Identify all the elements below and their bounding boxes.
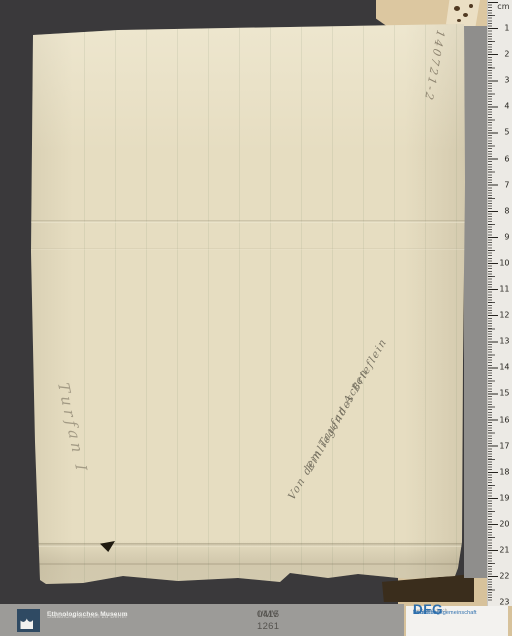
dfg-funding-box: Gefördert durch DFG Deutsche Forschungsg… xyxy=(406,606,508,636)
ruler-number: 19 xyxy=(499,493,509,502)
wave-logo-icon xyxy=(17,609,40,632)
ruler-number: 12 xyxy=(499,311,509,320)
ruler-number: 6 xyxy=(504,154,509,163)
ruler: cm 1234567891011121314151617181920212223 xyxy=(487,0,512,606)
ruler-number: 9 xyxy=(504,232,509,241)
fold-line xyxy=(28,543,466,547)
ruler-number: 18 xyxy=(499,467,509,476)
scan-stage: 140721-2 Einliegendes Brieflein Von dem … xyxy=(0,0,512,636)
ruler-number: 14 xyxy=(499,363,509,372)
dfg-org-name-line2: Forschungsgemeinschaft xyxy=(413,610,477,616)
ruler-number: 17 xyxy=(499,441,509,450)
ruler-number: 22 xyxy=(499,572,509,581)
ruler-number: 4 xyxy=(504,102,509,111)
ruler-number: 7 xyxy=(504,180,509,189)
paper-speck xyxy=(469,4,473,8)
ruler-number: 16 xyxy=(499,415,509,424)
ruler-number: 8 xyxy=(504,206,509,215)
fold-line xyxy=(28,563,466,565)
footer-bar: Ethnologisches Museum Staatliche Museen … xyxy=(0,604,404,636)
ruler-number: 10 xyxy=(499,258,509,267)
mount-edge-strip xyxy=(464,26,487,578)
paper-speck xyxy=(463,13,468,17)
museum-subtitle: Staatliche Museen zu Berlin xyxy=(47,614,127,620)
sheet-number: 0415 xyxy=(257,609,279,621)
ruler-number: 1 xyxy=(504,24,509,33)
ruler-number: 13 xyxy=(499,337,509,346)
ruler-number: 3 xyxy=(504,76,509,85)
ruler-numbers: 1234567891011121314151617181920212223 xyxy=(488,0,512,606)
paper-ruled-lines xyxy=(54,22,466,586)
ruler-number: 5 xyxy=(504,128,509,137)
ruler-number: 21 xyxy=(499,546,509,555)
ruler-number: 15 xyxy=(499,389,509,398)
ruler-number: 2 xyxy=(504,50,509,59)
ruler-number: 20 xyxy=(499,519,509,528)
fold-line xyxy=(28,220,466,223)
paper-speck xyxy=(454,6,460,11)
document-paper: 140721-2 Einliegendes Brieflein Von dem … xyxy=(28,22,466,586)
shadow-band xyxy=(382,574,474,602)
fold-line xyxy=(28,248,466,250)
smb-museum-logo xyxy=(17,609,40,632)
paper-speck xyxy=(457,19,461,22)
torn-paper-fragment xyxy=(446,0,480,28)
ruler-number: 11 xyxy=(499,285,509,294)
